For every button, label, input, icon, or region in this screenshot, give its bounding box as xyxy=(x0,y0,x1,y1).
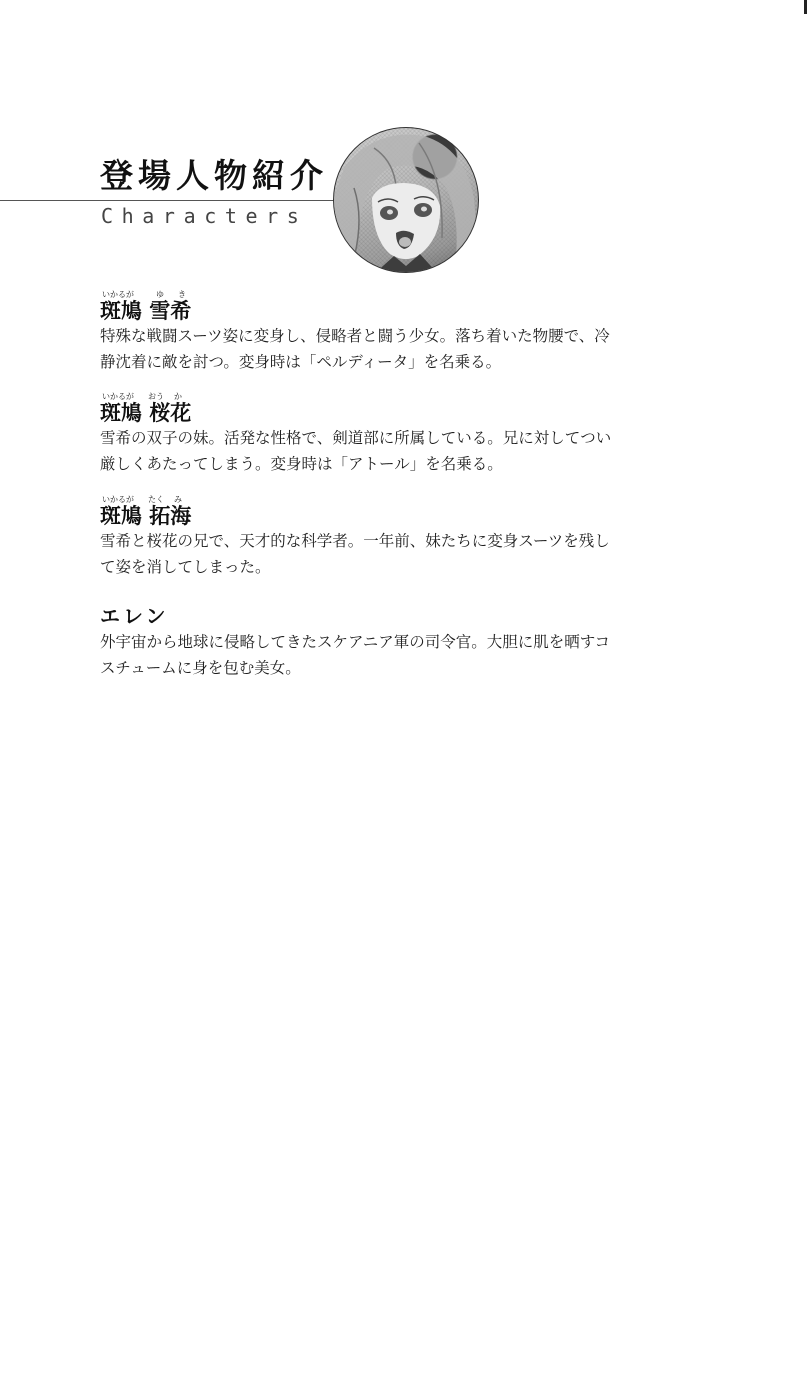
page-title: 登場人物紹介 xyxy=(100,156,328,196)
character-description: 特殊な戦闘スーツ姿に変身し、侵略者と闘う少女。落ち着いた物腰で、冷 静沈着に敵を… xyxy=(100,324,640,375)
character-name: 斑鳩 拓海 xyxy=(100,504,191,528)
title-divider xyxy=(0,200,336,201)
description-line: 外宇宙から地球に侵略してきたスケアニア軍の司令官。大胆に肌を晒すコ xyxy=(100,630,640,656)
character-description: 雪希の双子の妹。活発な性格で、剣道部に所属している。兄に対してつい 厳しくあたっ… xyxy=(100,426,640,477)
page-edge-mark xyxy=(804,0,807,14)
description-line: て姿を消してしまった。 xyxy=(100,555,640,581)
portrait-illustration-icon xyxy=(334,128,479,273)
description-line: 特殊な戦闘スーツ姿に変身し、侵略者と闘う少女。落ち着いた物腰で、冷 xyxy=(100,324,640,350)
character-entry: エレン 外宇宙から地球に侵略してきたスケアニア軍の司令官。大胆に肌を晒すコ スチ… xyxy=(100,604,640,681)
character-entry: いかるが ゆ き 斑鳩 雪希 特殊な戦闘スーツ姿に変身し、侵略者と闘う少女。落ち… xyxy=(100,290,640,375)
description-line: 雪希と桜花の兄で、天才的な科学者。一年前、妹たちに変身スーツを残し xyxy=(100,529,640,555)
character-entry: いかるが たく み 斑鳩 拓海 雪希と桜花の兄で、天才的な科学者。一年前、妹たち… xyxy=(100,495,640,580)
character-portrait xyxy=(333,127,479,273)
page-subtitle: Characters xyxy=(101,204,307,228)
character-entry: いかるが おう か 斑鳩 桜花 雪希の双子の妹。活発な性格で、剣道部に所属してい… xyxy=(100,392,640,477)
description-line: 厳しくあたってしまう。変身時は「アトール」を名乗る。 xyxy=(100,452,640,478)
character-name-block: いかるが たく み 斑鳩 拓海 xyxy=(100,495,640,529)
character-name: 斑鳩 桜花 xyxy=(100,401,191,425)
character-name-block: いかるが ゆ き 斑鳩 雪希 xyxy=(100,290,640,324)
character-description: 雪希と桜花の兄で、天才的な科学者。一年前、妹たちに変身スーツを残し て姿を消して… xyxy=(100,529,640,580)
character-description: 外宇宙から地球に侵略してきたスケアニア軍の司令官。大胆に肌を晒すコ スチュームに… xyxy=(100,630,640,681)
description-line: 静沈着に敵を討つ。変身時は「ペルディータ」を名乗る。 xyxy=(100,350,640,376)
description-line: 雪希の双子の妹。活発な性格で、剣道部に所属している。兄に対してつい xyxy=(100,426,640,452)
character-name: 斑鳩 雪希 xyxy=(100,299,191,323)
character-name-block: いかるが おう か 斑鳩 桜花 xyxy=(100,392,640,426)
description-line: スチュームに身を包む美女。 xyxy=(100,656,640,682)
character-name: エレン xyxy=(100,604,640,630)
